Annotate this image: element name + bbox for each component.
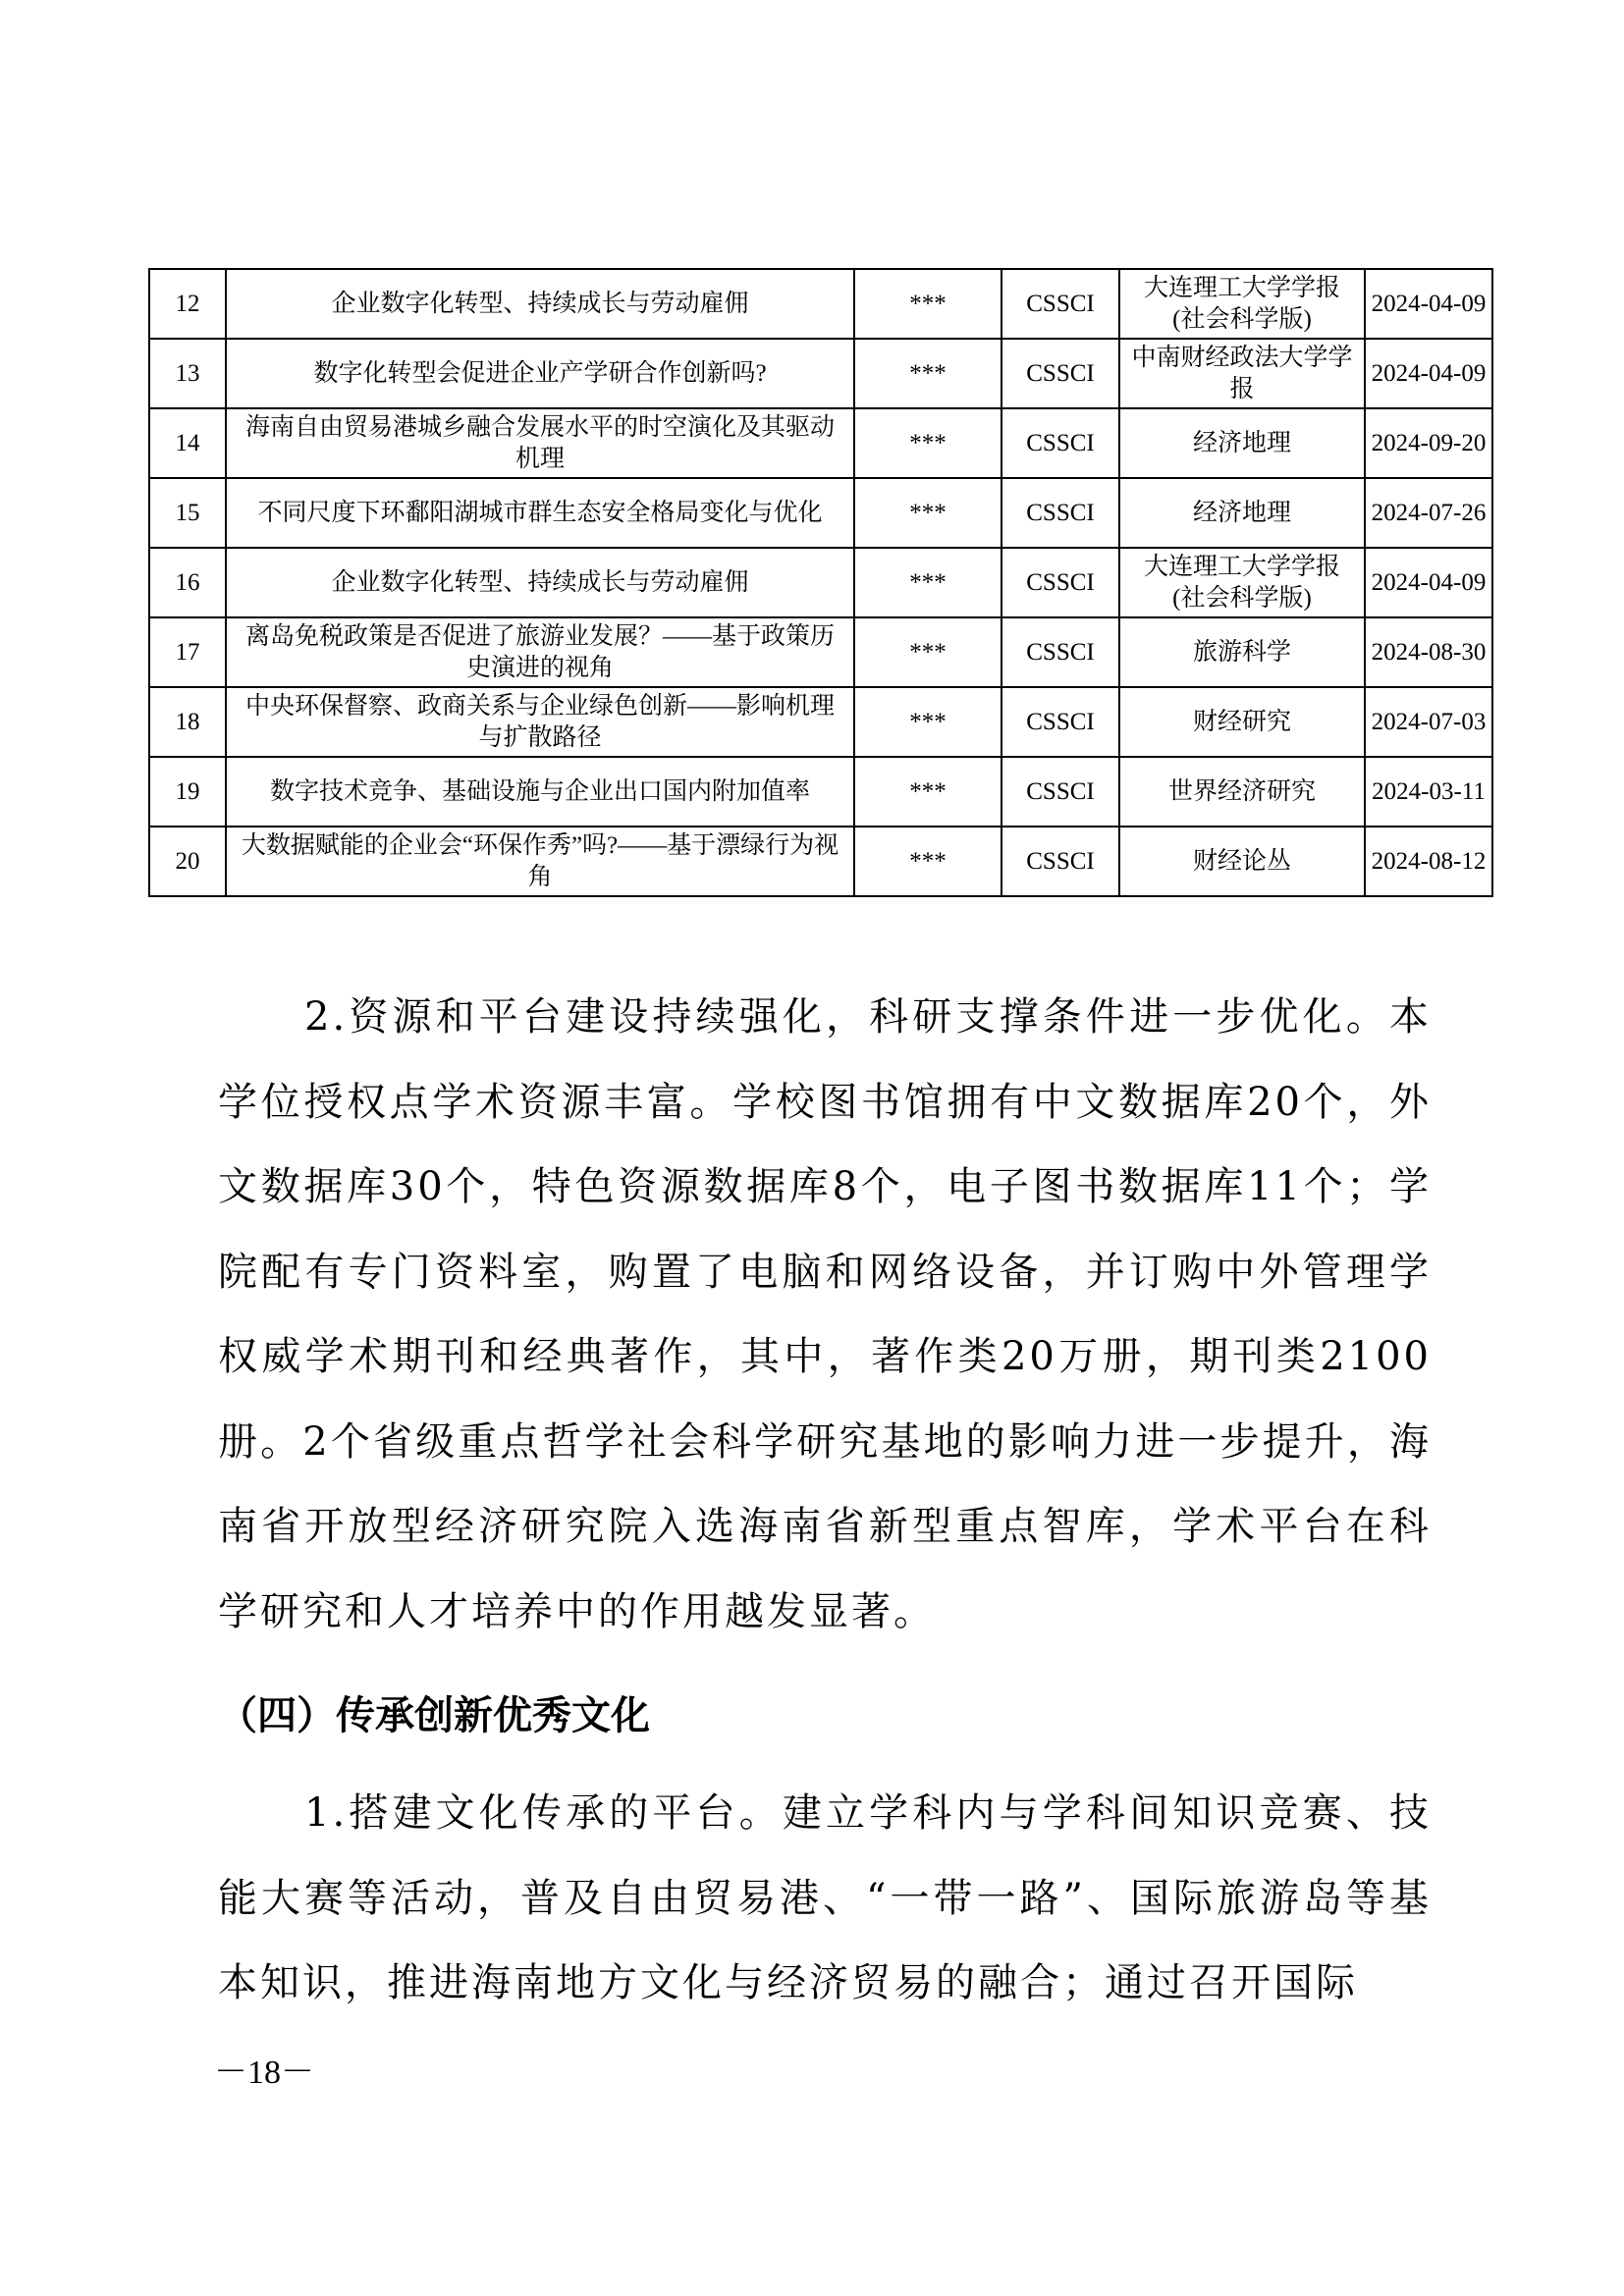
author: *** <box>854 269 1001 339</box>
table-row: 20 大数据赋能的企业会“环保作秀”吗?——基于漂绿行为视角 *** CSSCI… <box>149 827 1492 896</box>
section-heading: （四）传承创新优秀文化 <box>218 1677 650 1755</box>
paper-title: 不同尺度下环鄱阳湖城市群生态安全格局变化与优化 <box>226 478 854 548</box>
index-level: CSSCI <box>1001 339 1119 408</box>
publish-date: 2024-07-03 <box>1365 687 1492 757</box>
table-row: 13 数字化转型会促进企业产学研合作创新吗? *** CSSCI 中南财经政法大… <box>149 339 1492 408</box>
paper-title: 企业数字化转型、持续成长与劳动雇佣 <box>226 548 854 617</box>
index-level: CSSCI <box>1001 757 1119 827</box>
author: *** <box>854 617 1001 687</box>
table-row: 16 企业数字化转型、持续成长与劳动雇佣 *** CSSCI 大连理工大学学报(… <box>149 548 1492 617</box>
paragraph-resources: 2.资源和平台建设持续强化，科研支撑条件进一步优化。本学位授权点学术资源丰富。学… <box>218 975 1432 1654</box>
journal-name: 中南财经政法大学学报 <box>1119 339 1365 408</box>
journal-name: 经济地理 <box>1119 478 1365 548</box>
row-number: 17 <box>149 617 226 687</box>
author: *** <box>854 757 1001 827</box>
paper-title: 数字技术竞争、基础设施与企业出口国内附加值率 <box>226 757 854 827</box>
document-page: 12 企业数字化转型、持续成长与劳动雇佣 *** CSSCI 大连理工大学学报(… <box>0 0 1624 2296</box>
row-number: 12 <box>149 269 226 339</box>
row-number: 13 <box>149 339 226 408</box>
journal-name: 经济地理 <box>1119 408 1365 478</box>
index-level: CSSCI <box>1001 269 1119 339</box>
page-number: －18－ <box>214 2054 314 2093</box>
author: *** <box>854 408 1001 478</box>
table-row: 19 数字技术竞争、基础设施与企业出口国内附加值率 *** CSSCI 世界经济… <box>149 757 1492 827</box>
paper-title: 海南自由贸易港城乡融合发展水平的时空演化及其驱动机理 <box>226 408 854 478</box>
journal-name: 财经研究 <box>1119 687 1365 757</box>
journal-name: 财经论丛 <box>1119 827 1365 896</box>
journal-name: 世界经济研究 <box>1119 757 1365 827</box>
author: *** <box>854 478 1001 548</box>
author: *** <box>854 827 1001 896</box>
table-row: 14 海南自由贸易港城乡融合发展水平的时空演化及其驱动机理 *** CSSCI … <box>149 408 1492 478</box>
index-level: CSSCI <box>1001 687 1119 757</box>
publications-table: 12 企业数字化转型、持续成长与劳动雇佣 *** CSSCI 大连理工大学学报(… <box>148 268 1493 897</box>
paper-title: 大数据赋能的企业会“环保作秀”吗?——基于漂绿行为视角 <box>226 827 854 896</box>
publish-date: 2024-04-09 <box>1365 548 1492 617</box>
table-row: 17 离岛免税政策是否促进了旅游业发展？——基于政策历史演进的视角 *** CS… <box>149 617 1492 687</box>
journal-name: 旅游科学 <box>1119 617 1365 687</box>
row-number: 16 <box>149 548 226 617</box>
table-row: 18 中央环保督察、政商关系与企业绿色创新——影响机理与扩散路径 *** CSS… <box>149 687 1492 757</box>
publish-date: 2024-09-20 <box>1365 408 1492 478</box>
paragraph-culture: 1.搭建文化传承的平台。建立学科内与学科间知识竞赛、技能大赛等活动，普及自由贸易… <box>218 1771 1432 2026</box>
publish-date: 2024-08-30 <box>1365 617 1492 687</box>
row-number: 14 <box>149 408 226 478</box>
publish-date: 2024-03-11 <box>1365 757 1492 827</box>
author: *** <box>854 548 1001 617</box>
publish-date: 2024-08-12 <box>1365 827 1492 896</box>
index-level: CSSCI <box>1001 478 1119 548</box>
journal-name: 大连理工大学学报(社会科学版) <box>1119 269 1365 339</box>
table-row: 12 企业数字化转型、持续成长与劳动雇佣 *** CSSCI 大连理工大学学报(… <box>149 269 1492 339</box>
index-level: CSSCI <box>1001 827 1119 896</box>
row-number: 20 <box>149 827 226 896</box>
paper-title: 离岛免税政策是否促进了旅游业发展？——基于政策历史演进的视角 <box>226 617 854 687</box>
paper-title: 数字化转型会促进企业产学研合作创新吗? <box>226 339 854 408</box>
index-level: CSSCI <box>1001 408 1119 478</box>
index-level: CSSCI <box>1001 548 1119 617</box>
index-level: CSSCI <box>1001 617 1119 687</box>
paper-title: 企业数字化转型、持续成长与劳动雇佣 <box>226 269 854 339</box>
row-number: 18 <box>149 687 226 757</box>
table-row: 15 不同尺度下环鄱阳湖城市群生态安全格局变化与优化 *** CSSCI 经济地… <box>149 478 1492 548</box>
publish-date: 2024-04-09 <box>1365 269 1492 339</box>
publish-date: 2024-04-09 <box>1365 339 1492 408</box>
paper-title: 中央环保督察、政商关系与企业绿色创新——影响机理与扩散路径 <box>226 687 854 757</box>
publish-date: 2024-07-26 <box>1365 478 1492 548</box>
author: *** <box>854 339 1001 408</box>
journal-name: 大连理工大学学报(社会科学版) <box>1119 548 1365 617</box>
row-number: 19 <box>149 757 226 827</box>
row-number: 15 <box>149 478 226 548</box>
author: *** <box>854 687 1001 757</box>
